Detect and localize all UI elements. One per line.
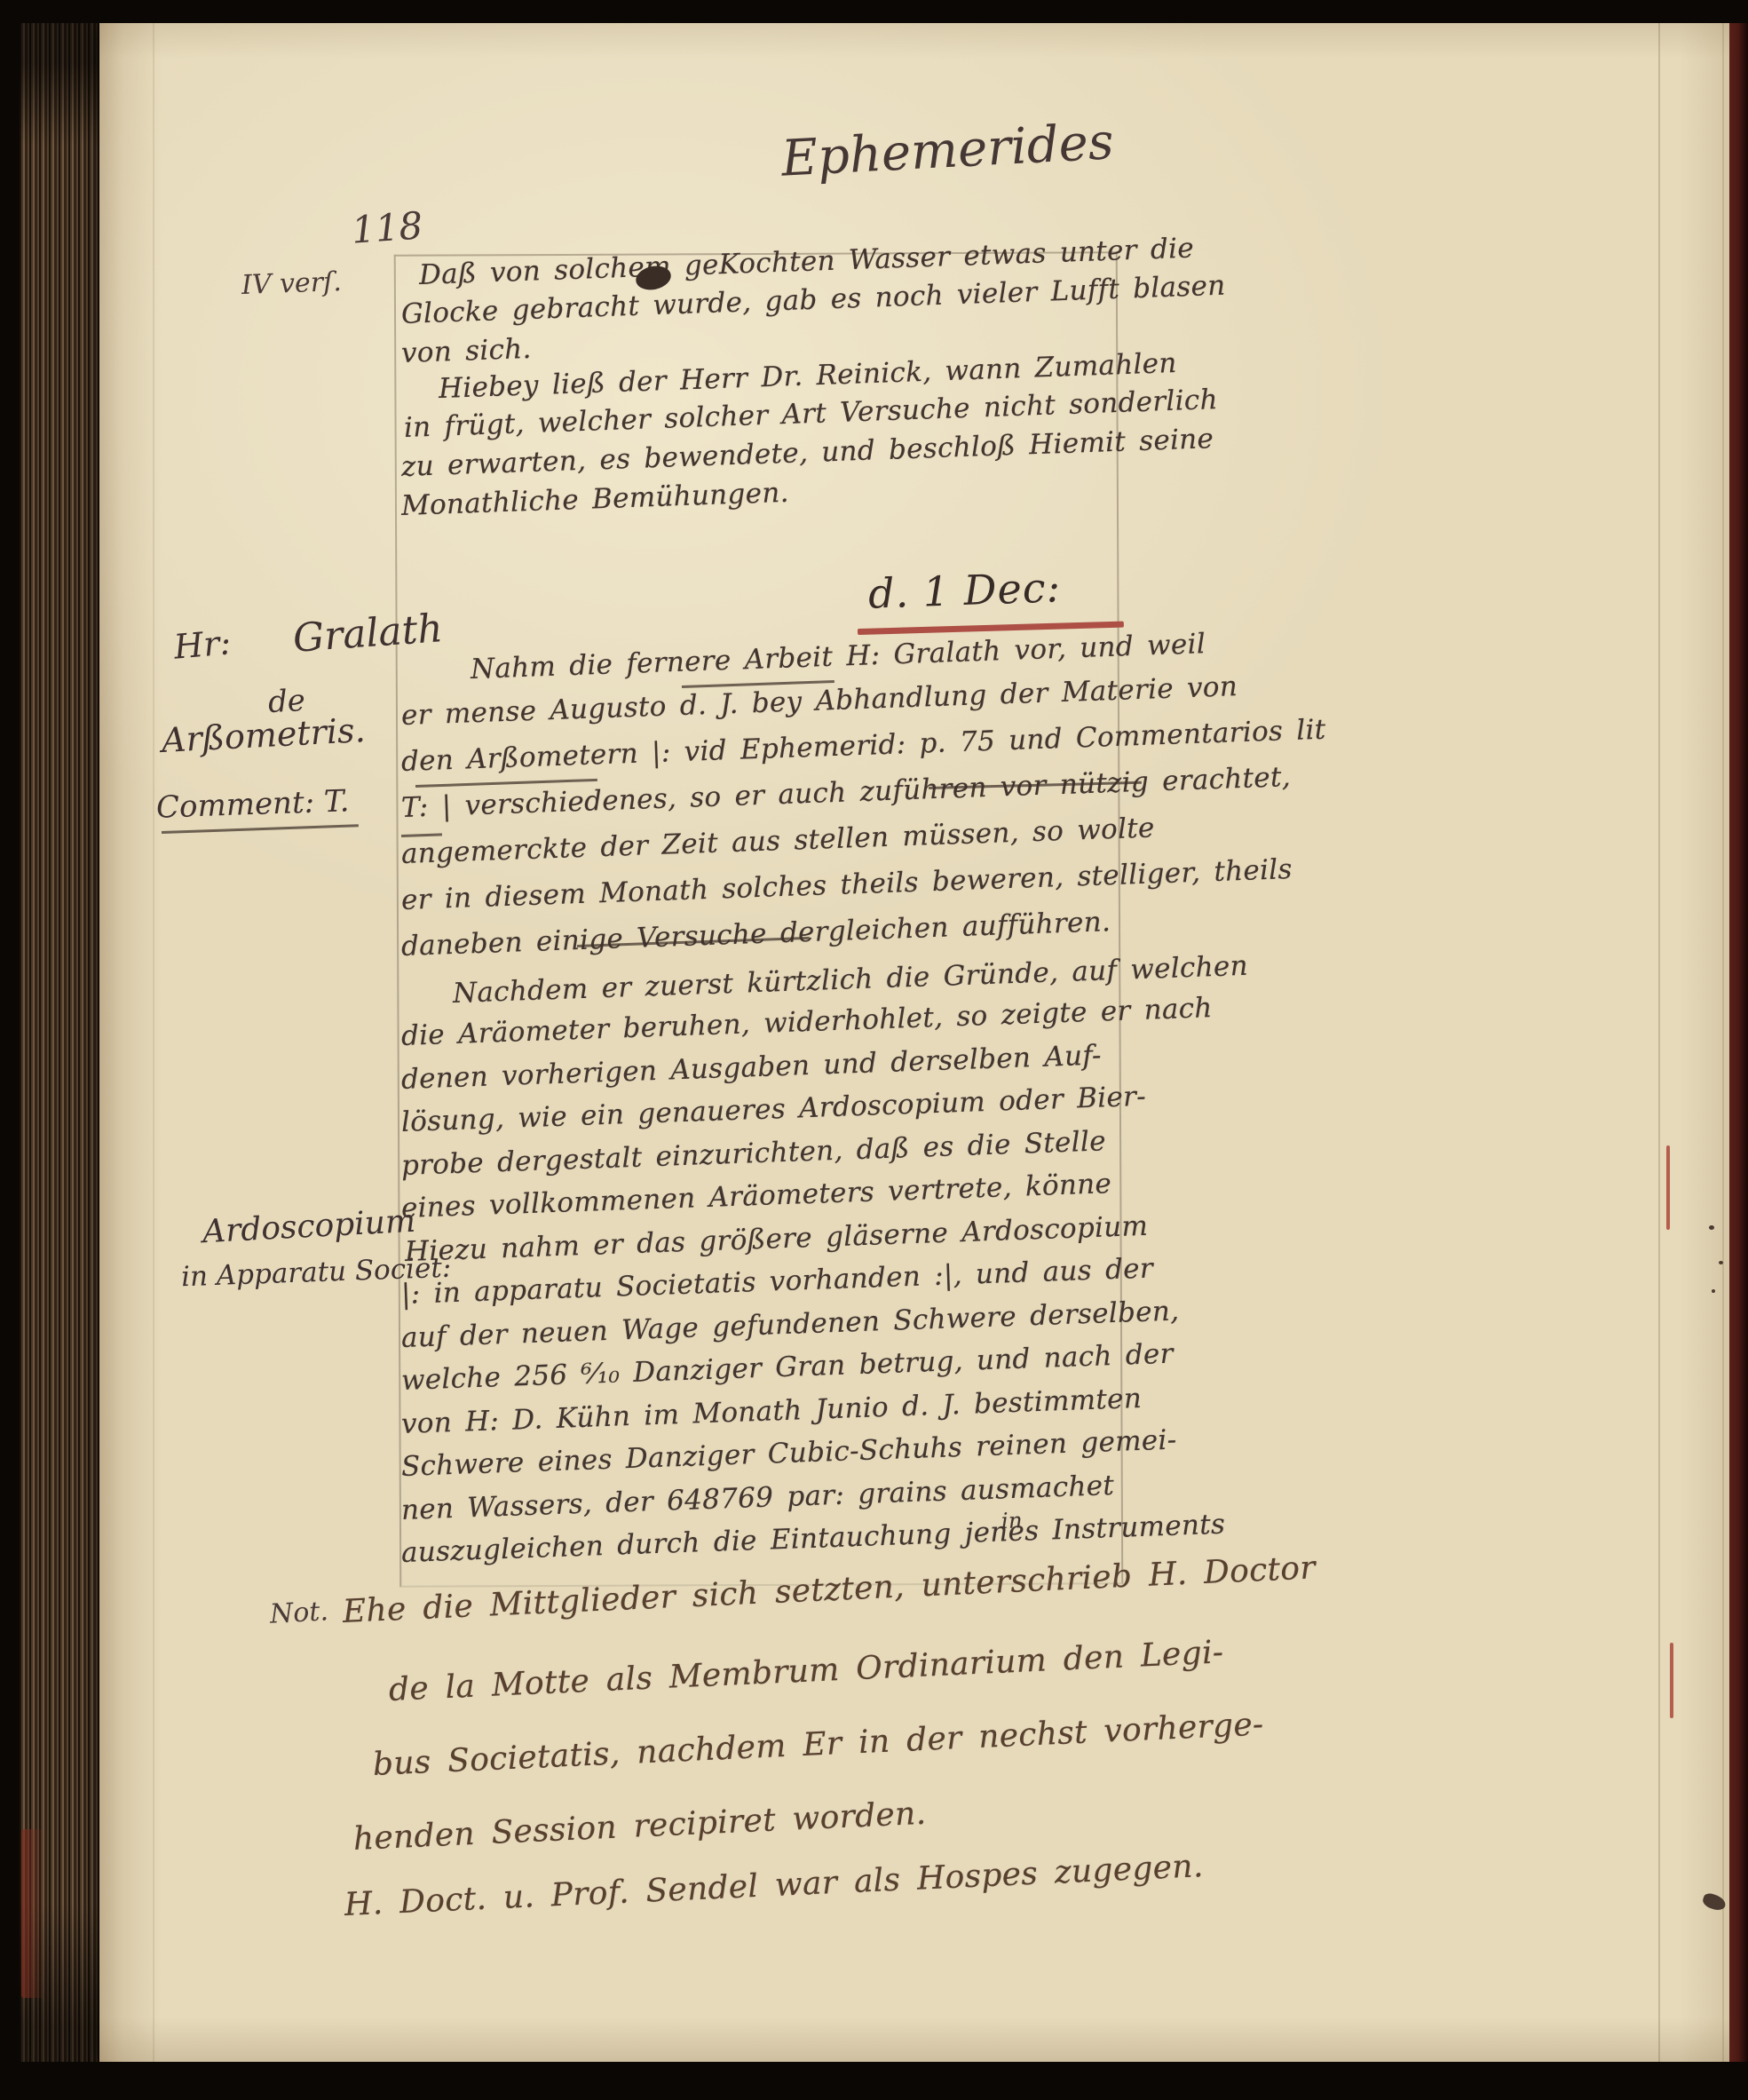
book-edge-red-smudge bbox=[21, 1829, 44, 1998]
gutter-crease bbox=[153, 23, 154, 2062]
ink-speck bbox=[1719, 1261, 1723, 1264]
margin-note-hr: Hr: bbox=[172, 624, 233, 666]
date-heading: d. 1 Dec: bbox=[867, 567, 1061, 614]
page-number: 118 bbox=[351, 207, 424, 249]
nota-label: Not. bbox=[269, 1598, 328, 1628]
book-cover-edge bbox=[1729, 0, 1748, 2100]
ink-speck bbox=[1712, 1289, 1715, 1293]
interlinear-insertion: in bbox=[1001, 1509, 1024, 1533]
ink-speck bbox=[1709, 1225, 1714, 1230]
signature-note: IV verſ. bbox=[241, 269, 343, 299]
manuscript-scan: Ephemerides 118 IV verſ. Daß von solchem… bbox=[0, 0, 1748, 2100]
manuscript-line: von sich. bbox=[400, 334, 532, 370]
scan-border-bottom bbox=[0, 2062, 1748, 2100]
book-page-edges bbox=[20, 23, 101, 2067]
paper-fold-line bbox=[1722, 23, 1724, 2062]
scan-border-top bbox=[0, 0, 1748, 23]
paper-fold-line bbox=[1658, 23, 1660, 2062]
red-margin-mark bbox=[1666, 1145, 1670, 1230]
red-margin-mark bbox=[1670, 1643, 1673, 1718]
margin-note-comment: Comment: T. bbox=[155, 785, 350, 825]
